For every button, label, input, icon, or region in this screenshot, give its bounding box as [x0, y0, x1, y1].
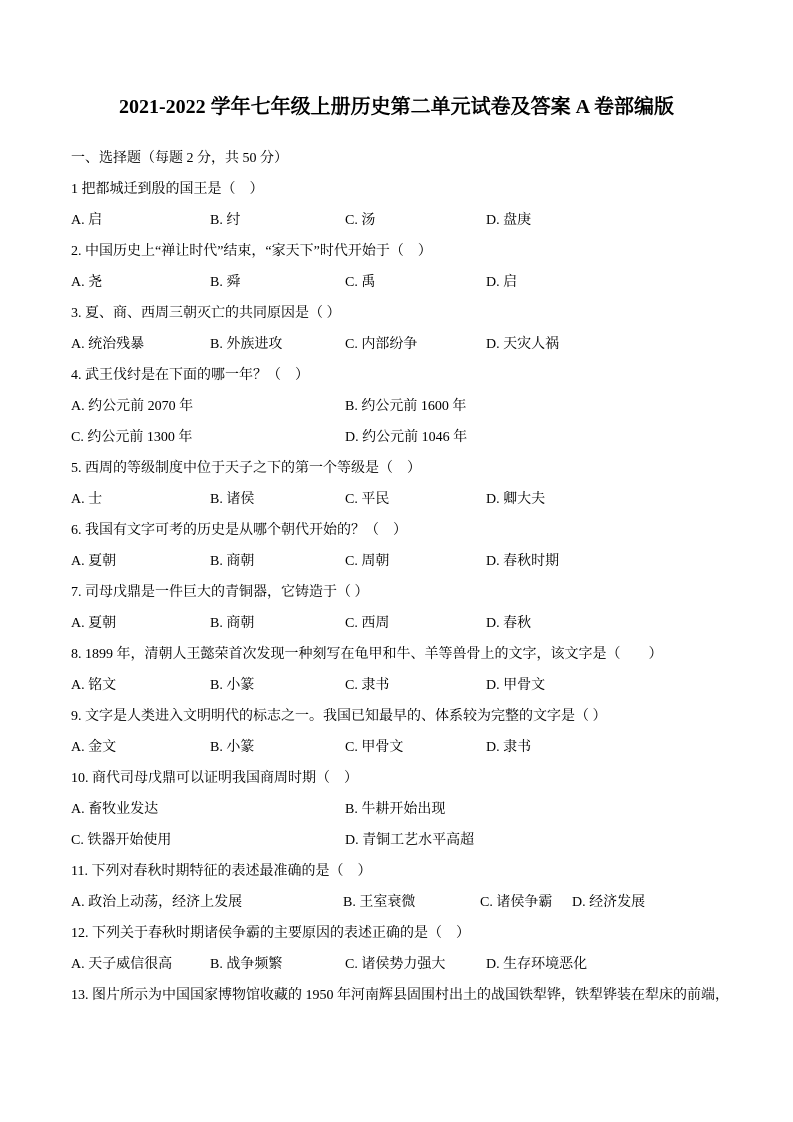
question-stem: 9. 文字是人类进入文明明代的标志之一。我国已知最早的、体系较为完整的文字是（ … [71, 701, 722, 732]
question-3: 3. 夏、商、西周三朝灭亡的共同原因是（ ） A. 统治残暴 B. 外族进攻 C… [71, 298, 722, 360]
question-options: A. 金文 B. 小篆 C. 甲骨文 D. 隶书 [71, 732, 722, 763]
question-stem: 6. 我国有文字可考的历史是从哪个朝代开始的？（ ） [71, 515, 722, 546]
section-heading: 一、选择题（每题 2 分，共 50 分） [71, 143, 722, 174]
option-b: B. 商朝 [210, 608, 345, 639]
question-stem: 5. 西周的等级制度中位于天子之下的第一个等级是（ ） [71, 453, 722, 484]
question-options: A. 夏朝 B. 商朝 C. 西周 D. 春秋 [71, 608, 722, 639]
question-8: 8. 1899 年，清朝人王懿荣首次发现一种刻写在龟甲和牛、羊等兽骨上的文字，该… [71, 639, 722, 701]
question-12: 12. 下列关于春秋时期诸侯争霸的主要原因的表述正确的是（ ） A. 天子威信很… [71, 918, 722, 980]
question-stem: 10. 商代司母戊鼎可以证明我国商周时期（ ） [71, 763, 722, 794]
page-title: 2021-2022 学年七年级上册历史第二单元试卷及答案 A 卷部编版 [71, 92, 722, 122]
question-1: 1 把都城迁到殷的国王是（ ） A. 启 B. 纣 C. 汤 D. 盘庚 [71, 174, 722, 236]
option-d: D. 天灾人祸 [486, 329, 559, 360]
option-b: B. 诸侯 [210, 484, 345, 515]
question-options-row-1: A. 约公元前 2070 年 B. 约公元前 1600 年 [71, 391, 722, 422]
option-a: A. 启 [71, 205, 210, 236]
option-a: A. 统治残暴 [71, 329, 210, 360]
question-stem: 12. 下列关于春秋时期诸侯争霸的主要原因的表述正确的是（ ） [71, 918, 722, 949]
question-stem: 13. 图片所示为中国国家博物馆收藏的 1950 年河南辉县固围村出土的战国铁犁… [71, 980, 722, 1011]
question-options: A. 尧 B. 舜 C. 禹 D. 启 [71, 267, 722, 298]
option-a: A. 夏朝 [71, 608, 210, 639]
option-a: A. 畜牧业发达 [71, 794, 345, 825]
option-b: B. 商朝 [210, 546, 345, 577]
option-c: C. 禹 [345, 267, 486, 298]
question-stem: 3. 夏、商、西周三朝灭亡的共同原因是（ ） [71, 298, 722, 329]
option-a: A. 士 [71, 484, 210, 515]
option-c: C. 铁器开始使用 [71, 825, 345, 856]
option-b: B. 舜 [210, 267, 345, 298]
question-4: 4. 武王伐纣是在下面的哪一年？（ ） A. 约公元前 2070 年 B. 约公… [71, 360, 722, 453]
option-c: C. 汤 [345, 205, 486, 236]
question-stem: 7. 司母戊鼎是一件巨大的青铜器，它铸造于（ ） [71, 577, 722, 608]
option-a: A. 夏朝 [71, 546, 210, 577]
question-options: A. 士 B. 诸侯 C. 平民 D. 卿大夫 [71, 484, 722, 515]
option-b: B. 外族进攻 [210, 329, 345, 360]
option-a: A. 铭文 [71, 670, 210, 701]
option-c: C. 隶书 [345, 670, 486, 701]
option-c: C. 平民 [345, 484, 486, 515]
question-options-row-1: A. 畜牧业发达 B. 牛耕开始出现 [71, 794, 722, 825]
exam-document-page: 2021-2022 学年七年级上册历史第二单元试卷及答案 A 卷部编版 一、选择… [0, 0, 793, 1122]
option-a: A. 政治上动荡，经济上发展 [71, 887, 343, 918]
option-c: C. 内部纷争 [345, 329, 486, 360]
question-13: 13. 图片所示为中国国家博物馆收藏的 1950 年河南辉县固围村出土的战国铁犁… [71, 980, 722, 1011]
question-stem: 4. 武王伐纣是在下面的哪一年？（ ） [71, 360, 722, 391]
question-options: A. 政治上动荡，经济上发展 B. 王室衰微 C. 诸侯争霸 D. 经济发展 [71, 887, 722, 918]
option-d: D. 生存环境恶化 [486, 949, 587, 980]
option-a: A. 天子威信很高 [71, 949, 210, 980]
option-d: D. 隶书 [486, 732, 531, 763]
question-9: 9. 文字是人类进入文明明代的标志之一。我国已知最早的、体系较为完整的文字是（ … [71, 701, 722, 763]
option-d: D. 盘庚 [486, 205, 531, 236]
option-d: D. 启 [486, 267, 517, 298]
option-a: A. 金文 [71, 732, 210, 763]
question-11: 11. 下列对春秋时期特征的表述最准确的是（ ） A. 政治上动荡，经济上发展 … [71, 856, 722, 918]
option-b: B. 牛耕开始出现 [345, 794, 445, 825]
question-stem: 1 把都城迁到殷的国王是（ ） [71, 174, 722, 205]
question-options: A. 启 B. 纣 C. 汤 D. 盘庚 [71, 205, 722, 236]
question-6: 6. 我国有文字可考的历史是从哪个朝代开始的？（ ） A. 夏朝 B. 商朝 C… [71, 515, 722, 577]
option-c: C. 约公元前 1300 年 [71, 422, 345, 453]
option-c: C. 诸侯争霸 [480, 887, 572, 918]
question-options: A. 夏朝 B. 商朝 C. 周朝 D. 春秋时期 [71, 546, 722, 577]
question-7: 7. 司母戊鼎是一件巨大的青铜器，它铸造于（ ） A. 夏朝 B. 商朝 C. … [71, 577, 722, 639]
option-d: D. 春秋 [486, 608, 531, 639]
question-10: 10. 商代司母戊鼎可以证明我国商周时期（ ） A. 畜牧业发达 B. 牛耕开始… [71, 763, 722, 856]
option-b: B. 小篆 [210, 732, 345, 763]
question-options-row-2: C. 铁器开始使用 D. 青铜工艺水平高超 [71, 825, 722, 856]
option-c: C. 周朝 [345, 546, 486, 577]
option-d: D. 经济发展 [572, 887, 645, 918]
question-options-row-2: C. 约公元前 1300 年 D. 约公元前 1046 年 [71, 422, 722, 453]
option-a: A. 约公元前 2070 年 [71, 391, 345, 422]
question-2: 2. 中国历史上“禅让时代”结束，“家天下”时代开始于（ ） A. 尧 B. 舜… [71, 236, 722, 298]
option-c: C. 甲骨文 [345, 732, 486, 763]
question-options: A. 天子威信很高 B. 战争频繁 C. 诸侯势力强大 D. 生存环境恶化 [71, 949, 722, 980]
option-a: A. 尧 [71, 267, 210, 298]
option-d: D. 甲骨文 [486, 670, 545, 701]
question-5: 5. 西周的等级制度中位于天子之下的第一个等级是（ ） A. 士 B. 诸侯 C… [71, 453, 722, 515]
option-b: B. 纣 [210, 205, 345, 236]
option-b: B. 约公元前 1600 年 [345, 391, 466, 422]
question-stem: 2. 中国历史上“禅让时代”结束，“家天下”时代开始于（ ） [71, 236, 722, 267]
option-b: B. 王室衰微 [343, 887, 480, 918]
question-stem: 8. 1899 年，清朝人王懿荣首次发现一种刻写在龟甲和牛、羊等兽骨上的文字，该… [71, 639, 722, 670]
option-d: D. 春秋时期 [486, 546, 559, 577]
option-b: B. 小篆 [210, 670, 345, 701]
option-c: C. 诸侯势力强大 [345, 949, 486, 980]
option-c: C. 西周 [345, 608, 486, 639]
question-options: A. 统治残暴 B. 外族进攻 C. 内部纷争 D. 天灾人祸 [71, 329, 722, 360]
option-d: D. 约公元前 1046 年 [345, 422, 467, 453]
option-d: D. 卿大夫 [486, 484, 545, 515]
option-b: B. 战争频繁 [210, 949, 345, 980]
question-options: A. 铭文 B. 小篆 C. 隶书 D. 甲骨文 [71, 670, 722, 701]
question-stem: 11. 下列对春秋时期特征的表述最准确的是（ ） [71, 856, 722, 887]
option-d: D. 青铜工艺水平高超 [345, 825, 474, 856]
